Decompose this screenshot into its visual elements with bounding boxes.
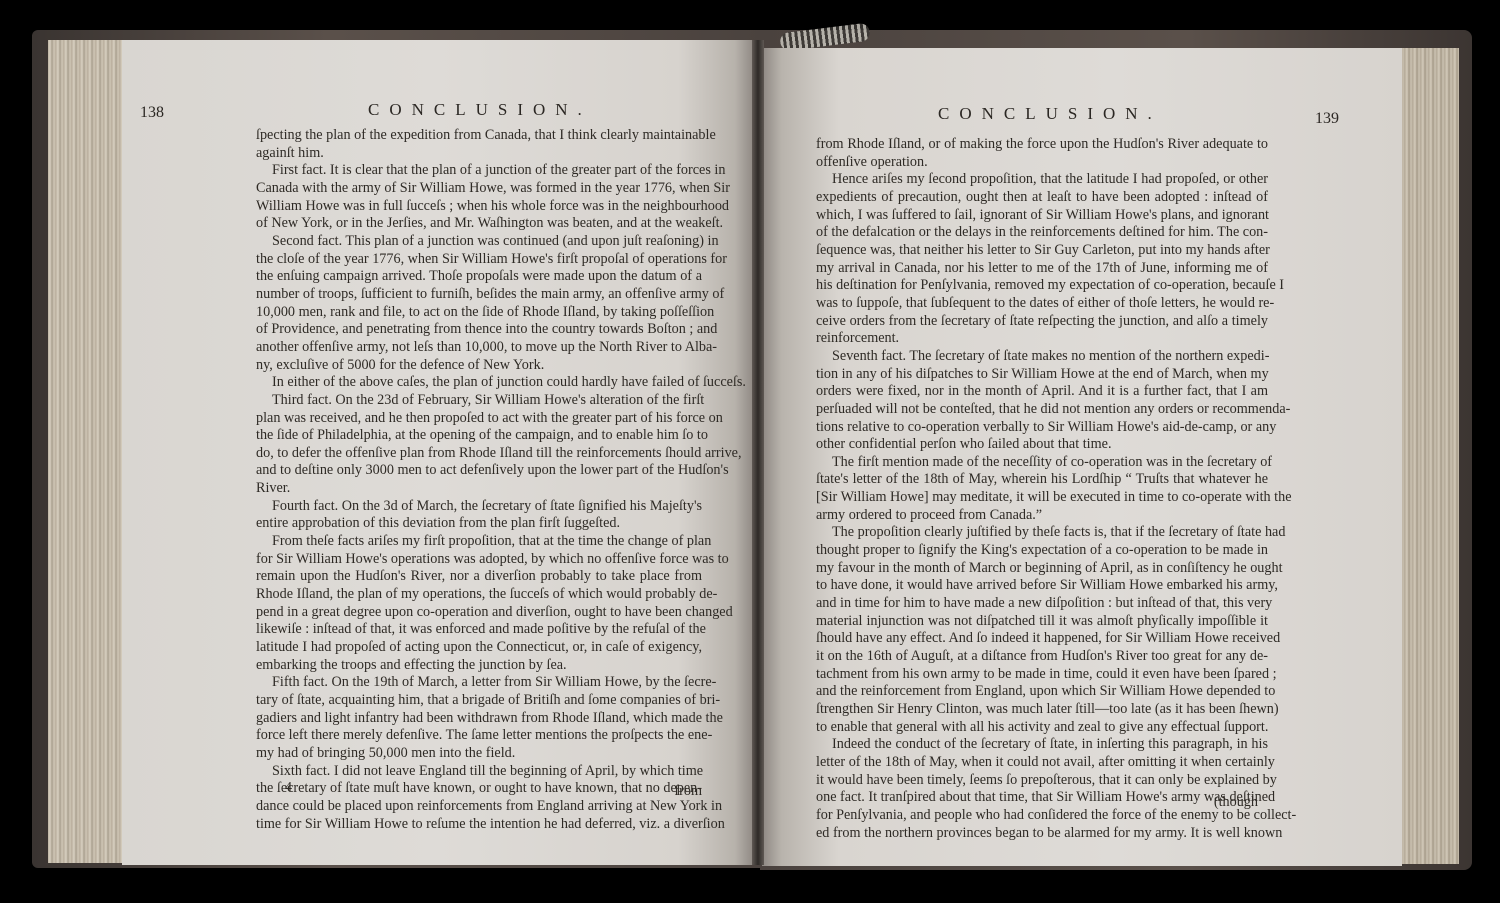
text-line: my favour in the month of March or begin…: [816, 560, 1268, 578]
text-line: River.: [256, 480, 702, 498]
text-line: tary of ſtate, acquainting him, that a b…: [256, 692, 702, 710]
text-line: other confidential perſon who ſailed abo…: [816, 436, 1268, 454]
text-line: his deſtination for Penſylvania, removed…: [816, 277, 1268, 295]
text-line: offenſive operation.: [816, 154, 1268, 172]
text-line: of the defalcation or the delays in the …: [816, 224, 1268, 242]
text-line: ſequence was, that neither his letter to…: [816, 242, 1268, 260]
text-line: another offenſive army, not leſs than 10…: [256, 339, 702, 357]
text-line: ceive orders from the ſecretary of ſtate…: [816, 313, 1268, 331]
text-line: and the reinforcement from England, upon…: [816, 683, 1268, 701]
text-line: ſtate's letter of the 18th of May, where…: [816, 471, 1268, 489]
text-line: Hence ariſes my ſecond propoſition, that…: [816, 171, 1268, 189]
text-line: of New York, or in the Jerſies, and Mr. …: [256, 215, 702, 233]
text-line: and in time for him to have made a new d…: [816, 595, 1268, 613]
text-line: ſpecting the plan of the expedition from…: [256, 127, 702, 145]
page-edges-right: [1397, 48, 1459, 864]
text-line: ſtrengthen Sir Henry Clinton, was much l…: [816, 701, 1268, 719]
text-line: Indeed the conduct of the ſecretary of ſ…: [816, 736, 1268, 754]
text-line: orders were fixed, nor in the month of A…: [816, 383, 1268, 401]
page-edges-left: [48, 40, 128, 863]
right-page-number: 139: [1315, 110, 1339, 128]
text-line: Fourth fact. On the 3d of March, the ſec…: [256, 498, 702, 516]
text-line: thought proper to ſignify the King's exp…: [816, 542, 1268, 560]
text-line: expedients of precaution, ought then at …: [816, 189, 1268, 207]
left-page-text: ſpecting the plan of the expedition from…: [256, 127, 702, 833]
text-line: [Sir William Howe] may meditate, it will…: [816, 489, 1268, 507]
text-line: In either of the above caſes, the plan o…: [256, 374, 702, 392]
right-page-text: from Rhode Iſland, or of making the forc…: [816, 136, 1268, 842]
text-line: latitude I had propoſed of acting upon t…: [256, 639, 702, 657]
text-line: Seventh fact. The ſecretary of ſtate mak…: [816, 348, 1268, 366]
text-line: time for Sir William Howe to reſume the …: [256, 816, 702, 834]
text-line: the cloſe of the year 1776, when Sir Wil…: [256, 251, 702, 269]
text-line: for Sir William Howe's operations was ad…: [256, 551, 702, 569]
text-line: Sixth fact. I did not leave England till…: [256, 763, 702, 781]
text-line: plan was received, and he then propoſed …: [256, 410, 702, 428]
text-line: material injunction was not diſpatched t…: [816, 613, 1268, 631]
left-running-head: CONCLUSION.: [368, 100, 592, 120]
book-gutter: [752, 40, 764, 865]
text-line: gadiers and light infantry had been with…: [256, 710, 702, 728]
text-line: my arrival in Canada, nor his letter to …: [816, 260, 1268, 278]
text-line: do, to defer the offenſive plan from Rho…: [256, 445, 702, 463]
text-line: to have done, it would have arrived befo…: [816, 577, 1268, 595]
text-line: The firſt mention made of the neceſſity …: [816, 454, 1268, 472]
text-line: ed from the northern provinces began to …: [816, 825, 1268, 843]
text-line: of Providence, and penetrating from then…: [256, 321, 702, 339]
text-line: likewiſe : inſtead of that, it was enfor…: [256, 621, 702, 639]
text-line: it would have been timely, ſeems ſo prep…: [816, 772, 1268, 790]
text-line: reinforcement.: [816, 330, 1268, 348]
text-line: force left there merely defenſive. The ſ…: [256, 727, 702, 745]
right-running-head: CONCLUSION.: [938, 104, 1162, 124]
text-line: First fact. It is clear that the plan of…: [256, 162, 702, 180]
text-line: Rhode Iſland, the plan of my operations,…: [256, 586, 702, 604]
text-line: embarking the troops and effecting the j…: [256, 657, 702, 675]
text-line: ſhould have any effect. And ſo indeed it…: [816, 630, 1268, 648]
text-line: The propoſition clearly juſtified by the…: [816, 524, 1268, 542]
text-line: remain upon the Hudſon's River, nor a di…: [256, 568, 702, 586]
text-line: to enable that general with all his acti…: [816, 719, 1268, 737]
text-line: perſuaded will not be conteſted, that he…: [816, 401, 1268, 419]
text-line: William Howe was in full ſucceſs ; when …: [256, 198, 702, 216]
text-line: letter of the 18th of May, when it could…: [816, 754, 1268, 772]
left-page-number: 138: [140, 104, 164, 122]
text-line: Canada with the army of Sir William Howe…: [256, 180, 702, 198]
text-line: Second fact. This plan of a junction was…: [256, 233, 702, 251]
text-line: Fifth fact. On the 19th of March, a lett…: [256, 674, 702, 692]
text-line: and to deſtine only 3000 men to act defe…: [256, 462, 702, 480]
text-line: tachment from his own army to be made in…: [816, 666, 1268, 684]
text-line: againſt him.: [256, 145, 702, 163]
text-line: entire approbation of this deviation fro…: [256, 515, 702, 533]
text-line: Third fact. On the 23d of February, Sir …: [256, 392, 702, 410]
text-line: my had of bringing 50,000 men into the f…: [256, 745, 702, 763]
text-line: it on the 16th of Auguſt, at a diſtance …: [816, 648, 1268, 666]
text-line: tion in any of his diſpatches to Sir Wil…: [816, 366, 1268, 384]
text-line: army ordered to proceed from Canada.”: [816, 507, 1268, 525]
text-line: which, I was ſuffered to ſail, ignorant …: [816, 207, 1268, 225]
text-line: the ſide of Philadelphia, at the opening…: [256, 427, 702, 445]
text-line: tions relative to co-operation verbally …: [816, 419, 1268, 437]
text-line: ny, excluſive of 5000 for the defence of…: [256, 357, 702, 375]
text-line: pend in a great degree upon co-operation…: [256, 604, 702, 622]
text-line: From theſe facts ariſes my firſt propoſi…: [256, 533, 702, 551]
text-line: number of troops, ſufficient to furniſh,…: [256, 286, 702, 304]
text-line: was to ſuppoſe, that ſubſequent to the d…: [816, 295, 1268, 313]
text-line: the enſuing campaign arrived. Thoſe prop…: [256, 268, 702, 286]
text-line: 10,000 men, rank and file, to act on the…: [256, 304, 702, 322]
right-catchword: (though: [816, 794, 1258, 812]
text-line: from Rhode Iſland, or of making the forc…: [816, 136, 1268, 154]
left-catchword: from: [256, 783, 702, 801]
